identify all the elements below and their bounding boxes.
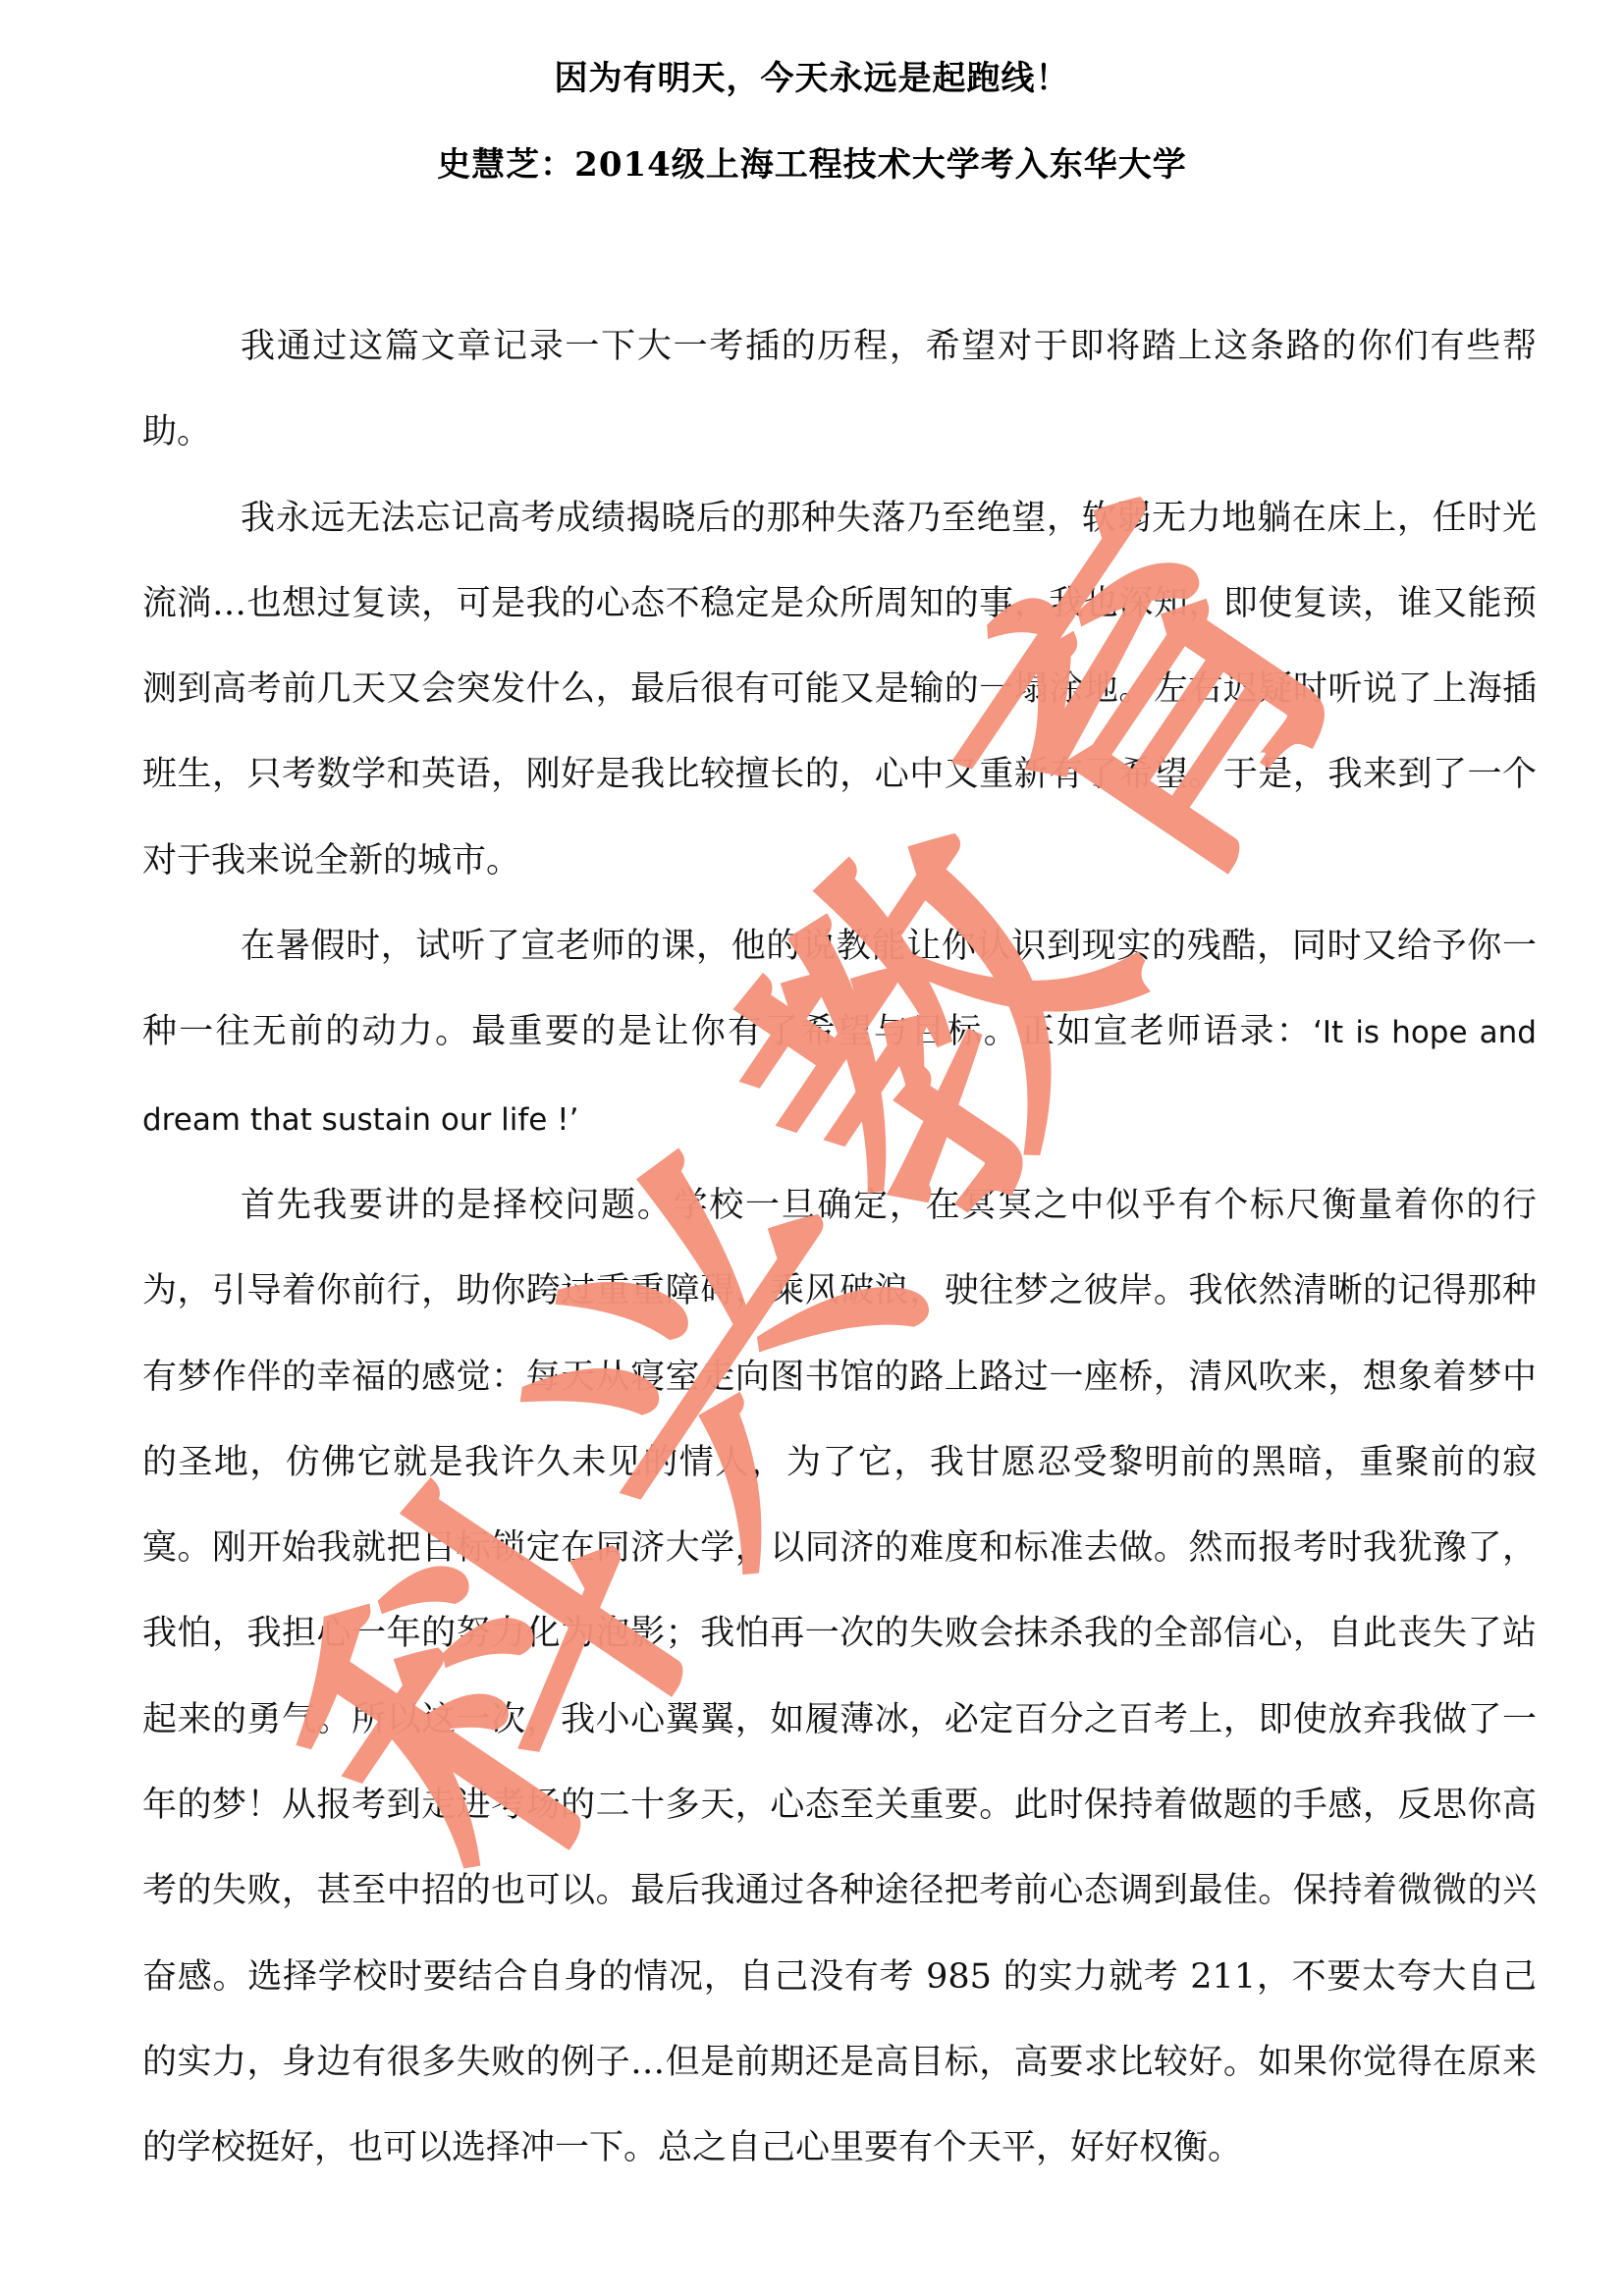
paragraph-intro: 我通过这篇文章记录一下大一考插的历程，希望对于即将踏上这条路的你们有些帮助。: [142, 304, 1537, 476]
paragraph-exam-failure: 我永远无法忘记高考成绩揭晓后的那种失落乃至绝望，软弱无力地躺在床上，任时光流淌……: [142, 476, 1537, 904]
paragraph-summer-class: 在暑假时，试听了宣老师的课，他的说教能让你认识到现实的残酷，同时又给予你一种一往…: [142, 904, 1537, 1163]
document-body: 我通过这篇文章记录一下大一考插的历程，希望对于即将踏上这条路的你们有些帮助。 我…: [142, 304, 1537, 2192]
document-subtitle: 史慧芝：2014级上海工程技术大学考入东华大学: [0, 137, 1624, 186]
document-title: 因为有明天，今天永远是起跑线！: [0, 51, 1624, 99]
document-page: 因为有明天，今天永远是起跑线！ 史慧芝：2014级上海工程技术大学考入东华大学 …: [0, 0, 1624, 2296]
paragraph-school-choice: 首先我要讲的是择校问题。学校一旦确定，在冥冥之中似乎有个标尺衡量着你的行为，引导…: [142, 1163, 1537, 2192]
